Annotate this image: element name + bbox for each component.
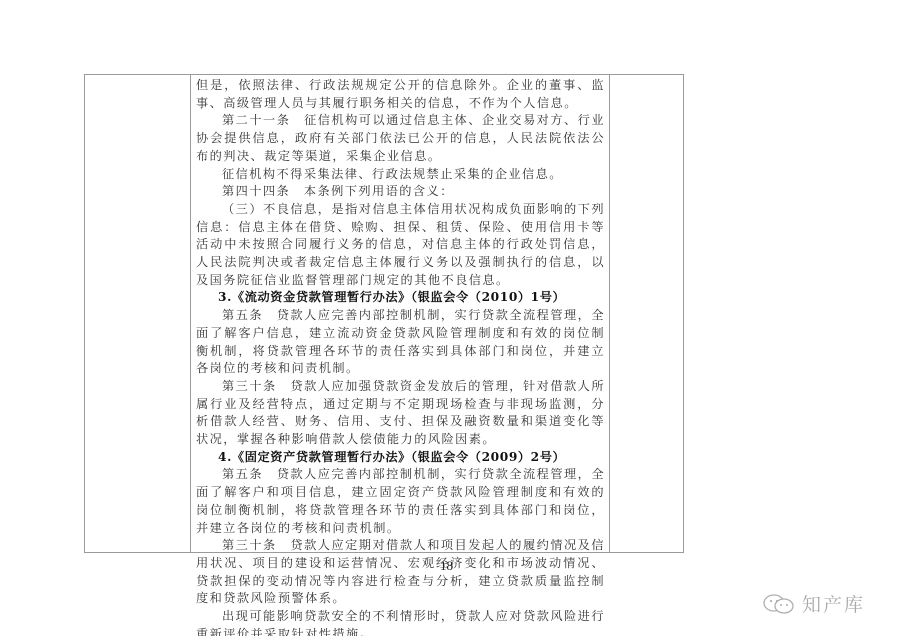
wechat-icon (762, 593, 796, 615)
table-column-left (84, 75, 191, 552)
paragraph: 第三十条 贷款人应定期对借款人和项目发起人的履约情况及信用状况、项目的建设和运营… (196, 537, 605, 608)
watermark: 知产库 (762, 590, 865, 617)
paragraph: 但是，依照法律、行政法规规定公开的信息除外。企业的董事、监事、高级管理人员与其履… (196, 77, 605, 112)
paragraph: 第三十条 贷款人应加强贷款资金发放后的管理，针对借款人所属行业及经营特点，通过定… (196, 378, 605, 449)
paragraph: 第五条 贷款人应完善内部控制机制，实行贷款全流程管理，全面了解客户信息，建立流动… (196, 307, 605, 378)
paragraph: 第四十四条 本条例下列用语的含义： (196, 183, 605, 201)
paragraph: （三）不良信息，是指对信息主体信用状况构成负面影响的下列信息：信息主体在借贷、赊… (196, 201, 605, 290)
section-heading: 4.《固定资产贷款管理暂行办法》（银监会令（2009）2号） (196, 449, 605, 467)
section-heading: 3.《流动资金贷款管理暂行办法》（银监会令（2010）1号） (196, 289, 605, 307)
paragraph: 出现可能影响贷款安全的不利情形时，贷款人应对贷款风险进行重新评价并采取针对性措施… (196, 608, 605, 636)
watermark-text: 知产库 (802, 590, 865, 617)
page-number: 18 (440, 558, 453, 574)
paragraph: 第二十一条 征信机构可以通过信息主体、企业交易对方、行业协会提供信息，政府有关部… (196, 112, 605, 165)
table-column-content: 但是，依照法律、行政法规规定公开的信息除外。企业的董事、监事、高级管理人员与其履… (191, 75, 609, 552)
paragraph: 第五条 贷款人应完善内部控制机制，实行贷款全流程管理，全面了解客户和项目信息，建… (196, 466, 605, 537)
table-column-right (609, 75, 684, 552)
regulation-table: 但是，依照法律、行政法规规定公开的信息除外。企业的董事、监事、高级管理人员与其履… (84, 74, 684, 553)
paragraph: 征信机构不得采集法律、行政法规禁止采集的企业信息。 (196, 166, 605, 184)
